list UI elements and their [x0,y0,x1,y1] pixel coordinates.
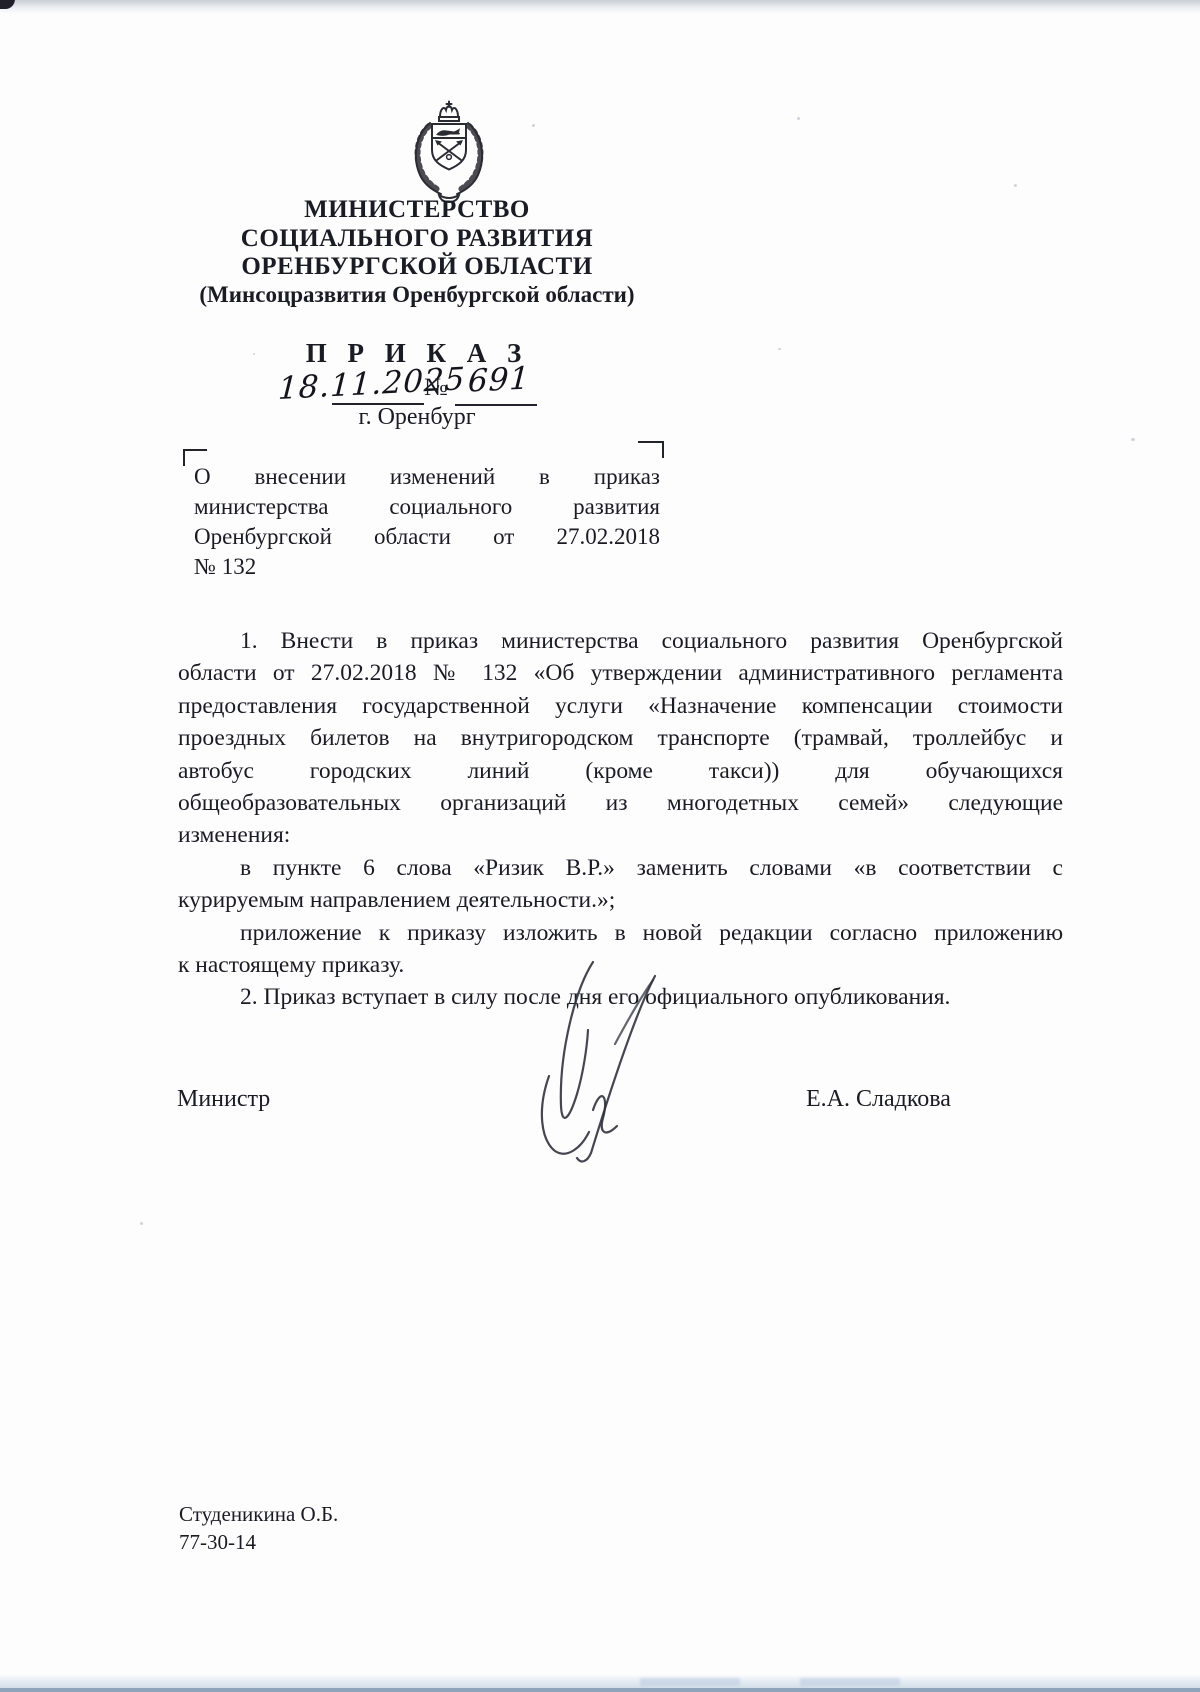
signer-title: Министр [177,1086,270,1113]
signature-icon [497,948,697,1163]
scan-speck [873,800,876,803]
handwritten-order-number: 691 [467,360,531,399]
scan-bottom-smudge [800,1678,900,1686]
body-line: изменения: [178,819,1063,851]
ministry-name-line: СОЦИАЛЬНОГО РАЗВИТИЯ [137,225,697,253]
city-line: г. Оренбург [137,404,697,431]
executor-phone: 77-30-14 [179,1528,338,1556]
scan-speck [1131,438,1135,441]
body-line: автобус городских линий (кроме такси)) д… [178,755,1063,787]
orenburg-coat-of-arms-icon [399,100,499,204]
order-subject: О внесении изменений в приказ министерст… [194,462,660,582]
subject-corner-mark-right [638,441,664,458]
scan-bottom-edge [0,1674,1200,1692]
scan-bottom-smudge [640,1678,740,1686]
body-line: 1. Внести в приказ министерства социальн… [178,625,1063,657]
body-line: курируемым направлением деятельности.»; [178,884,1063,916]
scan-speck [253,353,255,355]
scan-speck [1014,184,1017,187]
body-line: предоставления государственной услуги «Н… [178,690,1063,722]
body-line: общеобразовательных организаций из много… [178,787,1063,819]
number-sign: № [424,374,448,402]
subject-line: О внесении изменений в приказ [194,462,660,492]
subject-line: министерства социального развития [194,492,660,522]
body-line: в пункте 6 слова «Ризик В.Р.» заменить с… [178,852,1063,884]
scan-speck [797,117,800,120]
subject-line: Оренбургской области от 27.02.2018 [194,522,660,552]
body-line: приложение к приказу изложить в новой ре… [178,917,1063,949]
body-line: проездных билетов на внутригородском тра… [178,722,1063,754]
executor-name: Студеникина О.Б. [179,1500,338,1528]
executor-block: Студеникина О.Б. 77-30-14 [179,1500,338,1556]
subject-line: № 132 [194,552,660,582]
body-line: области от 27.02.2018 № 132 «Об утвержде… [178,657,1063,689]
ministry-name-line: МИНИСТЕРСТВО [137,196,697,224]
signer-name: Е.А. Сладкова [806,1086,951,1113]
scan-speck [140,1222,143,1225]
scanned-order-document: МИНИСТЕРСТВО СОЦИАЛЬНОГО РАЗВИТИЯ ОРЕНБУ… [0,0,1200,1692]
scan-top-edge [0,0,1200,14]
ministry-short-name: (Минсоцразвития Оренбургской области) [137,282,697,308]
scan-speck [532,124,535,127]
ministry-name-line: ОРЕНБУРГСКОЙ ОБЛАСТИ [137,253,697,281]
scan-speck [778,348,781,350]
